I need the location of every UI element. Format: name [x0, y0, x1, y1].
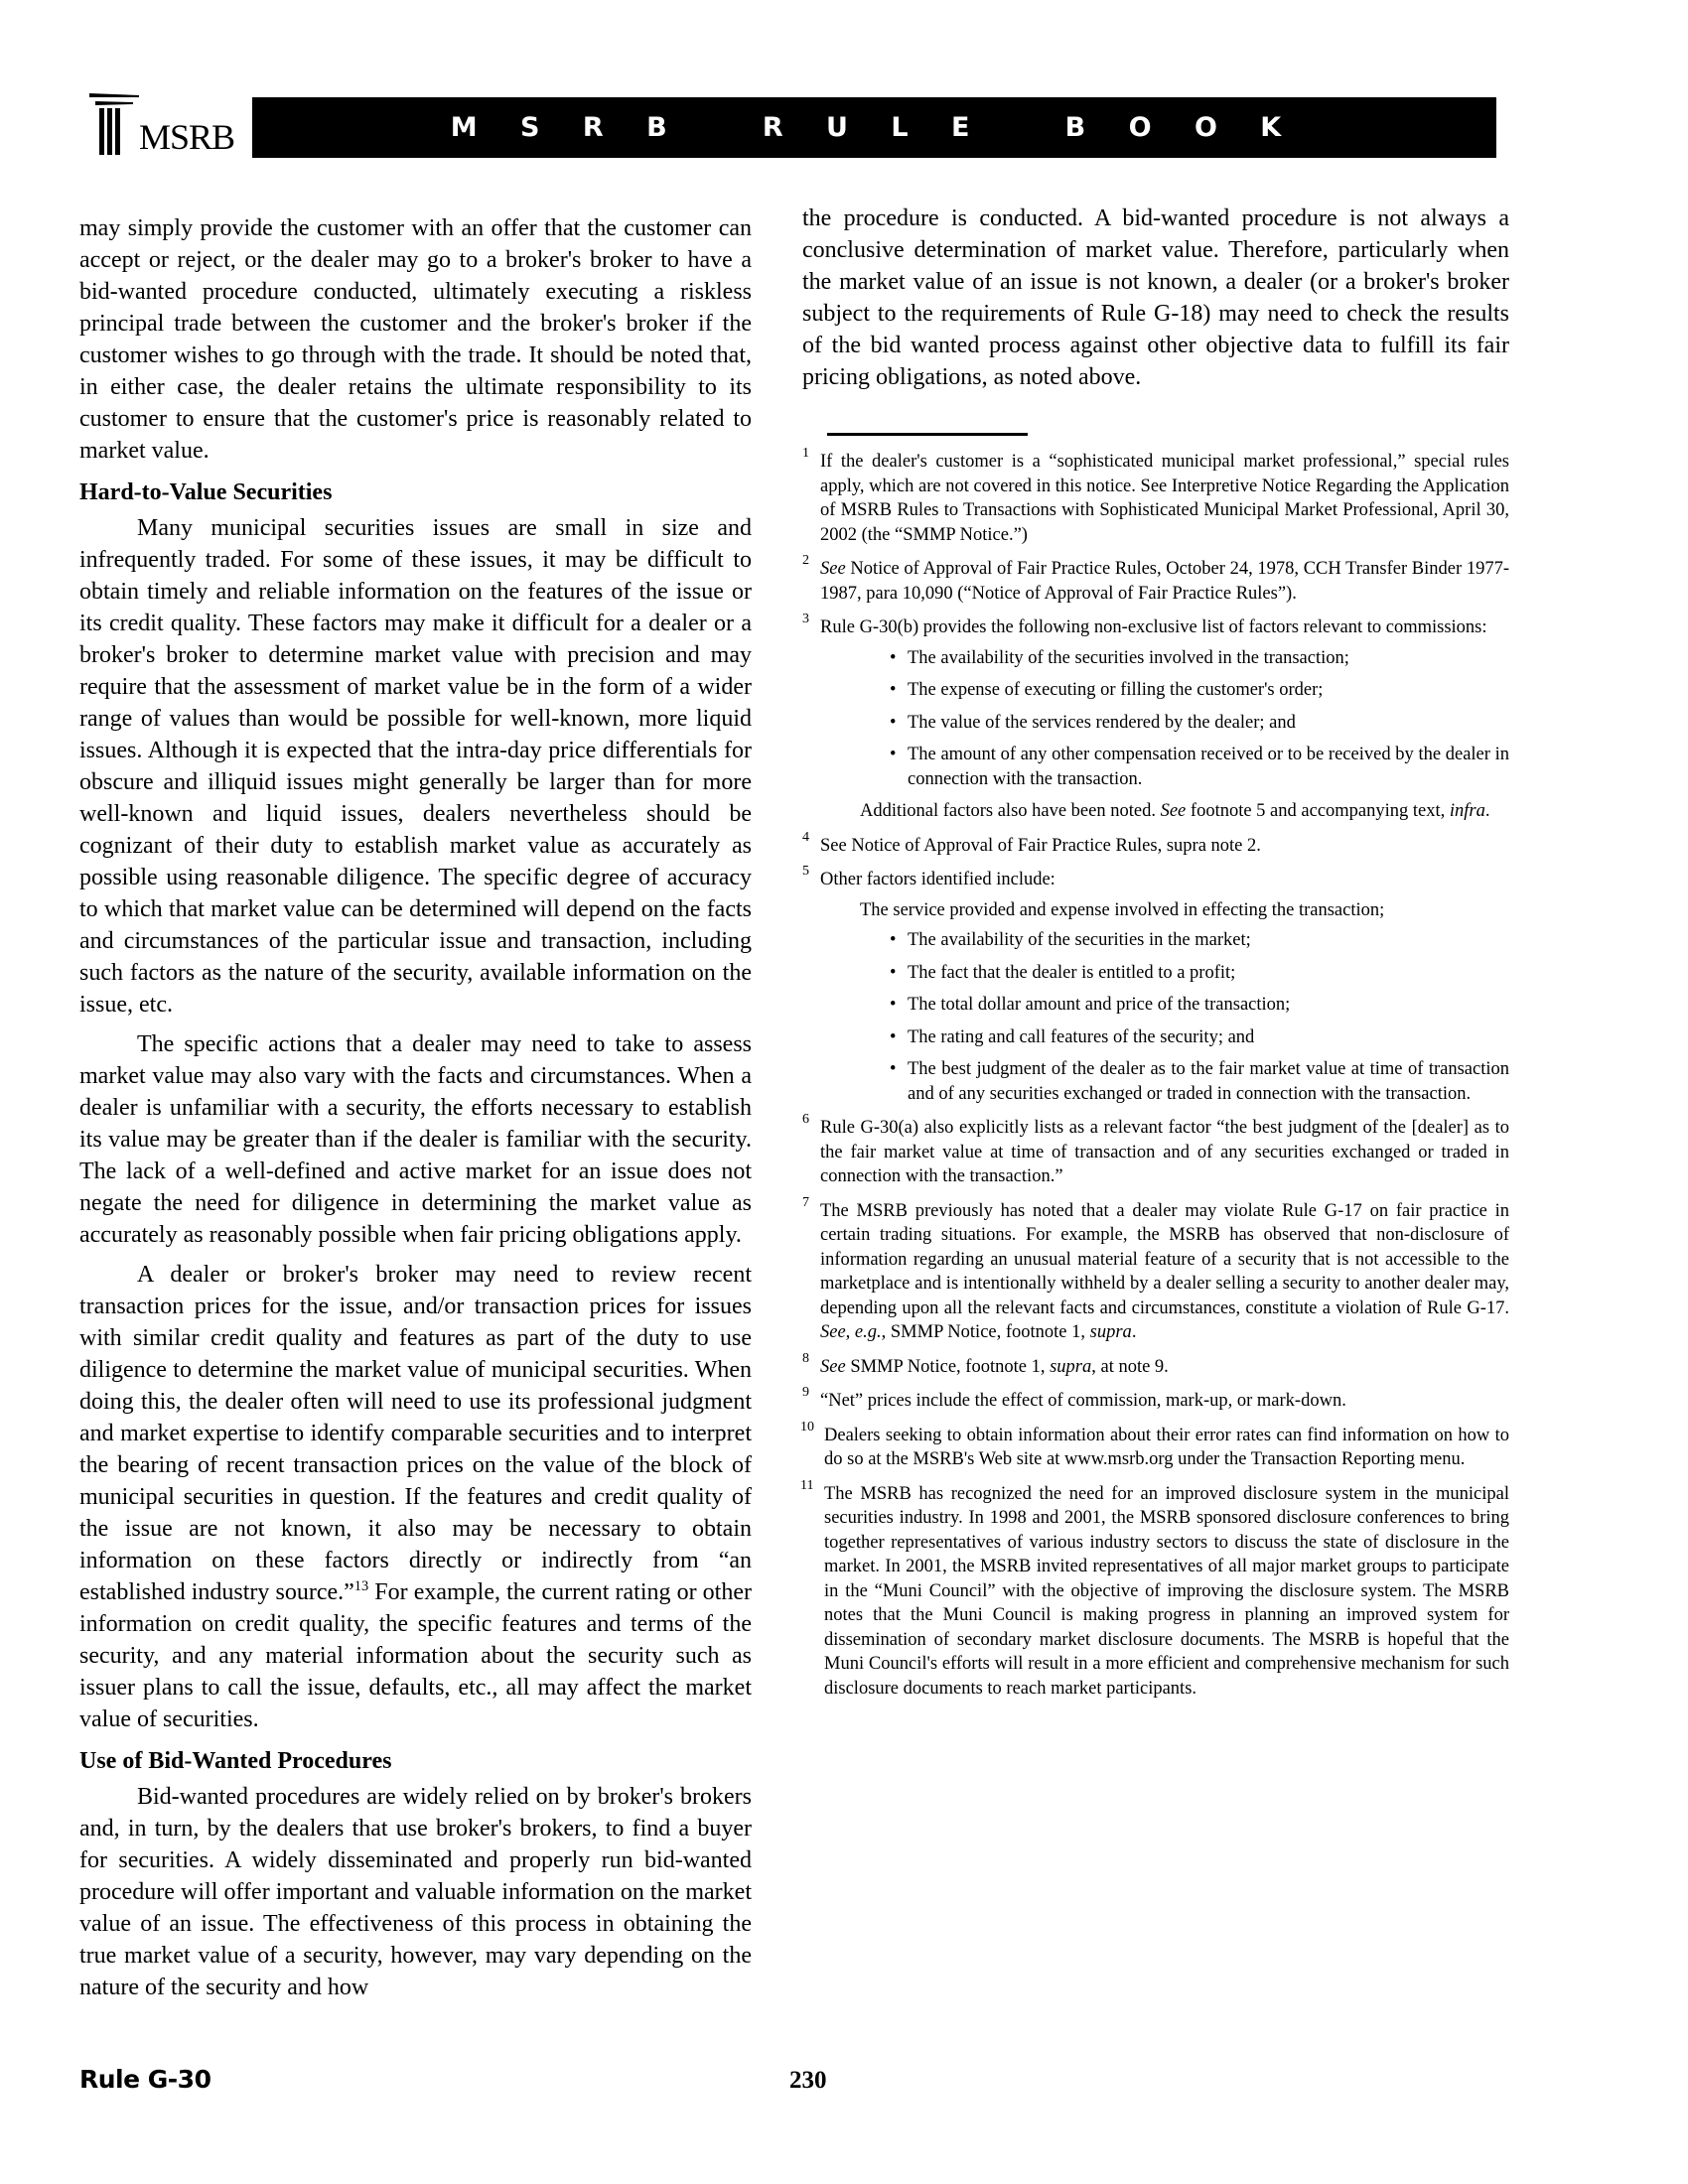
- footnote-see: See: [1161, 801, 1187, 821]
- footnote-text: Notice of Approval of Fair Practice Rule…: [820, 559, 1509, 604]
- footnote-text: footnote 5 and accompanying text,: [1186, 801, 1450, 821]
- header-banner: M S R B R U L E B O O K: [252, 97, 1496, 158]
- footnotes: 1 If the dealer's customer is a “sophist…: [802, 450, 1509, 1701]
- footnote-text: If the dealer's customer is a “sophistic…: [820, 452, 1509, 545]
- footnote-2: 2 See Notice of Approval of Fair Practic…: [802, 557, 1509, 606]
- paragraph-continued: may simply provide the customer with an …: [79, 212, 752, 467]
- list-item: The amount of any other compensation rec…: [890, 743, 1509, 791]
- paragraph-bid-wanted: Bid-wanted procedures are widely relied …: [79, 1781, 752, 2003]
- footnote-1: 1 If the dealer's customer is a “sophist…: [802, 450, 1509, 547]
- page-number: 230: [789, 2067, 827, 2095]
- footnote-10: 10 Dealers seeking to obtain information…: [802, 1424, 1509, 1472]
- paragraph-specific-actions: The specific actions that a dealer may n…: [79, 1028, 752, 1251]
- footnote-supra: supra: [1050, 1357, 1091, 1377]
- footnote-number: 9: [802, 1381, 809, 1406]
- list-item: The expense of executing or filling the …: [890, 678, 1509, 703]
- footnote-text: .: [1132, 1322, 1137, 1342]
- list-item: The total dollar amount and price of the…: [890, 993, 1509, 1018]
- footnote-text: , SMMP Notice, footnote 1,: [882, 1322, 1090, 1342]
- list-item: The rating and call features of the secu…: [890, 1025, 1509, 1050]
- footnote-6: 6 Rule G-30(a) also explicitly lists as …: [802, 1116, 1509, 1189]
- section-heading-bid-wanted: Use of Bid-Wanted Procedures: [79, 1745, 752, 1777]
- footnote-separator: [827, 433, 1028, 436]
- footnote-number: 7: [802, 1191, 809, 1216]
- footnote-see-eg: See, e.g.: [820, 1322, 882, 1342]
- list-item: The value of the services rendered by th…: [890, 711, 1509, 736]
- footnote-number: 1: [802, 442, 809, 467]
- header-title: M S R B R U L E B O O K: [451, 112, 1298, 143]
- paragraph-continued-right: the procedure is conducted. A bid-wanted…: [802, 203, 1509, 393]
- footnote-3: 3 Rule G-30(b) provides the following no…: [802, 615, 1509, 824]
- footnote-text: See Notice of Approval of Fair Practice …: [820, 836, 1261, 856]
- footnote-text: SMMP Notice, footnote 1,: [846, 1357, 1050, 1377]
- left-column: may simply provide the customer with an …: [79, 212, 752, 2003]
- footnote-number: 5: [802, 860, 809, 885]
- footnote-number: 8: [802, 1347, 809, 1372]
- footnote-see: See: [820, 559, 846, 579]
- footnote-text: The MSRB previously has noted that a dea…: [820, 1201, 1509, 1318]
- footnote-see: See: [820, 1357, 846, 1377]
- logo-text: MSRB: [139, 117, 234, 157]
- footnote-ref-13[interactable]: 13: [354, 1578, 368, 1594]
- footnote-text: Other factors identified include:: [820, 870, 1055, 889]
- footnote-5-sub: The service provided and expense involve…: [860, 898, 1509, 923]
- right-column: the procedure is conducted. A bid-wanted…: [802, 203, 1509, 1710]
- footnote-text: Additional factors also have been noted.: [860, 801, 1161, 821]
- list-item: The availability of the securities invol…: [890, 646, 1509, 671]
- list-item: The fact that the dealer is entitled to …: [890, 961, 1509, 986]
- paragraph-review-prices: A dealer or broker's broker may need to …: [79, 1259, 752, 1735]
- footnote-number: 4: [802, 826, 809, 851]
- footnote-number: 10: [800, 1416, 814, 1440]
- pillar-icon: [87, 91, 143, 157]
- footnote-9: 9 “Net” prices include the effect of com…: [802, 1389, 1509, 1414]
- footnote-7: 7 The MSRB previously has noted that a d…: [802, 1199, 1509, 1345]
- paragraph-text: A dealer or broker's broker may need to …: [79, 1262, 752, 1605]
- footnote-3-list: The availability of the securities invol…: [820, 646, 1509, 792]
- footnote-text: Rule G-30(a) also explicitly lists as a …: [820, 1118, 1509, 1186]
- footnote-5-list: The availability of the securities in th…: [820, 928, 1509, 1106]
- footnote-number: 3: [802, 608, 809, 632]
- footnote-5: 5 Other factors identified include: The …: [802, 868, 1509, 1106]
- footnote-infra: infra: [1450, 801, 1485, 821]
- section-heading-hard-to-value: Hard-to-Value Securities: [79, 477, 752, 508]
- list-item: The best judgment of the dealer as to th…: [890, 1057, 1509, 1106]
- footnote-11: 11 The MSRB has recognized the need for …: [802, 1482, 1509, 1702]
- footnote-text: “Net” prices include the effect of commi…: [820, 1391, 1346, 1411]
- footnote-number: 2: [802, 549, 809, 574]
- footer-rule-label: Rule G-30: [79, 2065, 211, 2094]
- footnote-text: Rule G-30(b) provides the following non-…: [820, 617, 1487, 637]
- footnote-text: The MSRB has recognized the need for an …: [824, 1484, 1509, 1699]
- footnote-number: 11: [800, 1474, 813, 1499]
- footnote-number: 6: [802, 1108, 809, 1133]
- footnote-text: .: [1485, 801, 1490, 821]
- msrb-logo: MSRB: [87, 91, 236, 157]
- footnote-8: 8 See SMMP Notice, footnote 1, supra, at…: [802, 1355, 1509, 1380]
- paragraph-hard-to-value: Many municipal securities issues are sma…: [79, 512, 752, 1021]
- footnote-supra: supra: [1090, 1322, 1132, 1342]
- footnote-text: , at note 9.: [1091, 1357, 1169, 1377]
- footnote-3-additional: Additional factors also have been noted.…: [802, 799, 1509, 824]
- list-item: The availability of the securities in th…: [890, 928, 1509, 953]
- footnote-text: Dealers seeking to obtain information ab…: [824, 1426, 1509, 1470]
- footnote-4: 4 See Notice of Approval of Fair Practic…: [802, 834, 1509, 859]
